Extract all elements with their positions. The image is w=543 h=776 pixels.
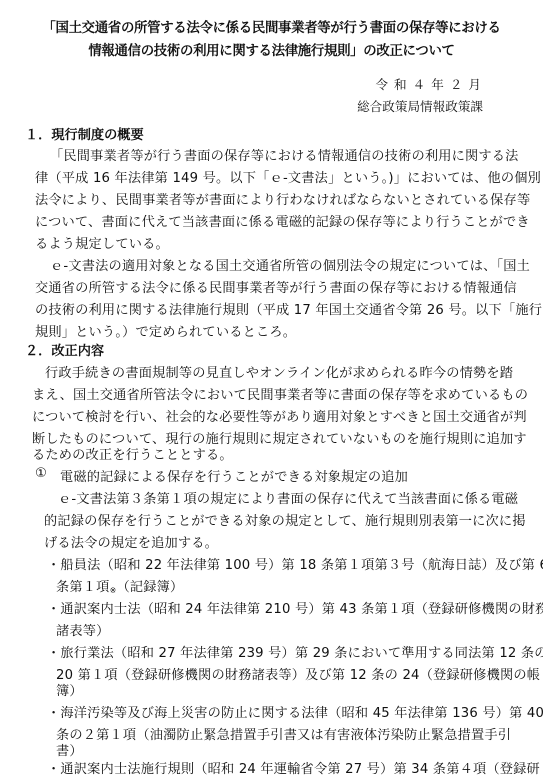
section-1-line: 法令により、民間事業者等が書面により行わなければならないとされている保存等 xyxy=(35,189,530,208)
section-2-line: るための改正を行うこととする。 xyxy=(32,444,233,463)
section-1-line: について、書面に代えて当該書面に係る電磁的記録の保存等により行うことができ xyxy=(35,211,530,230)
law-item-1-line: ・船員法（昭和 22 年法律第 100 号）第 18 条第１項第３号（航海日誌）… xyxy=(47,554,543,573)
document-title-line-2: 情報通信の技術の利用に関する法律施行規則」の改正について xyxy=(0,40,543,59)
law-item-3-line: 簿） xyxy=(56,680,83,699)
law-item-5-line: ・通訳案内士法施行規則（昭和 24 年運輸省令第 27 号）第 34 条第４項（… xyxy=(47,758,540,776)
law-item-3-line: 20 第１項（登録研修機関の財務諸表等）及び第 12 条の 24（登録研修機関の… xyxy=(56,664,540,683)
subsection-1-heading: 電磁的記録による保存を行うことができる対象規定の追加 xyxy=(60,466,408,485)
law-item-3-line: ・旅行業法（昭和 27 年法律第 239 号）第 29 条において準用する同法第… xyxy=(47,642,543,661)
law-item-1-suffix: （記録簿） xyxy=(116,580,183,595)
section-2-line: 行政手続きの書面規制等の見直しやオンライン化が求められる昨今の情勢を踏 xyxy=(45,362,513,381)
subsection-1-line: 的記録の保存を行うことができる対象の規定として、施行規則別表第一に次に掲 xyxy=(44,510,526,529)
document-department: 総合政策局情報政策課 xyxy=(357,96,483,115)
section-1-heading: １．現行制度の概要 xyxy=(25,124,144,143)
section-2-heading: ２．改正内容 xyxy=(25,340,104,359)
section-1-line: 規則」という。）で定められているところ。 xyxy=(35,321,296,340)
section-1-line: 「民間事業者等が行う書面の保存等における情報通信の技術の利用に関する法 xyxy=(50,145,519,164)
law-item-2-line: 諸表等） xyxy=(56,620,110,639)
law-item-4-line: 条の２第１項（油濁防止緊急措置手引書又は有害液体汚染防止緊急措置手引 xyxy=(56,724,511,743)
document-title-line-1: 「国土交通省の所管する法令に係る民間事業者等が行う書面の保存等における xyxy=(0,17,543,36)
document-date: 令和４年２月 xyxy=(375,74,487,93)
law-item-4-line: 書） xyxy=(56,740,83,759)
subsection-1-marker: ① xyxy=(35,466,47,481)
section-1-line: の技術の利用に関する法律施行規則（平成 17 年国土交通省令第 26 号。以下「… xyxy=(35,299,542,318)
section-2-line: について検討を行い、社会的な必要性等があり適用対象とすべきと国土交通省が判 xyxy=(32,406,527,425)
law-item-4-line: ・海洋汚染等及び海上災害の防止に関する法律（昭和 45 年法律第 136 号）第… xyxy=(47,702,543,721)
subsection-1-line: ｅ-文書法第３条第１項の規定により書面の保存に代えて当該書面に係る電磁 xyxy=(58,488,518,507)
law-item-2-line: ・通訳案内士法（昭和 24 年法律第 210 号）第 43 条第１項（登録研修機… xyxy=(47,598,543,617)
law-item-1-line: 条第１項※（記録簿） xyxy=(56,576,183,595)
section-1-line: 交通省の所管する法令に係る民間事業者等が行う書面の保存等における情報通信 xyxy=(35,277,517,296)
document-page: 「国土交通省の所管する法令に係る民間事業者等が行う書面の保存等における 情報通信… xyxy=(0,0,543,776)
section-1-line: るよう規定している。 xyxy=(35,233,169,252)
law-item-1-article: 条第１項 xyxy=(56,580,110,595)
section-1-line: 律（平成 16 年法律第 149 号。以下「ｅ-文書法」という。)」においては、… xyxy=(35,167,541,186)
section-1-line: ｅ-文書法の適用対象となる国土交通省所管の個別法令の規定については、｢国土 xyxy=(50,255,530,274)
subsection-1-line: げる法令の規定を追加する。 xyxy=(44,532,218,551)
section-2-line: まえ、国土交通省所管法令において民間事業者等に書面の保存等を求めているもの xyxy=(32,384,528,403)
